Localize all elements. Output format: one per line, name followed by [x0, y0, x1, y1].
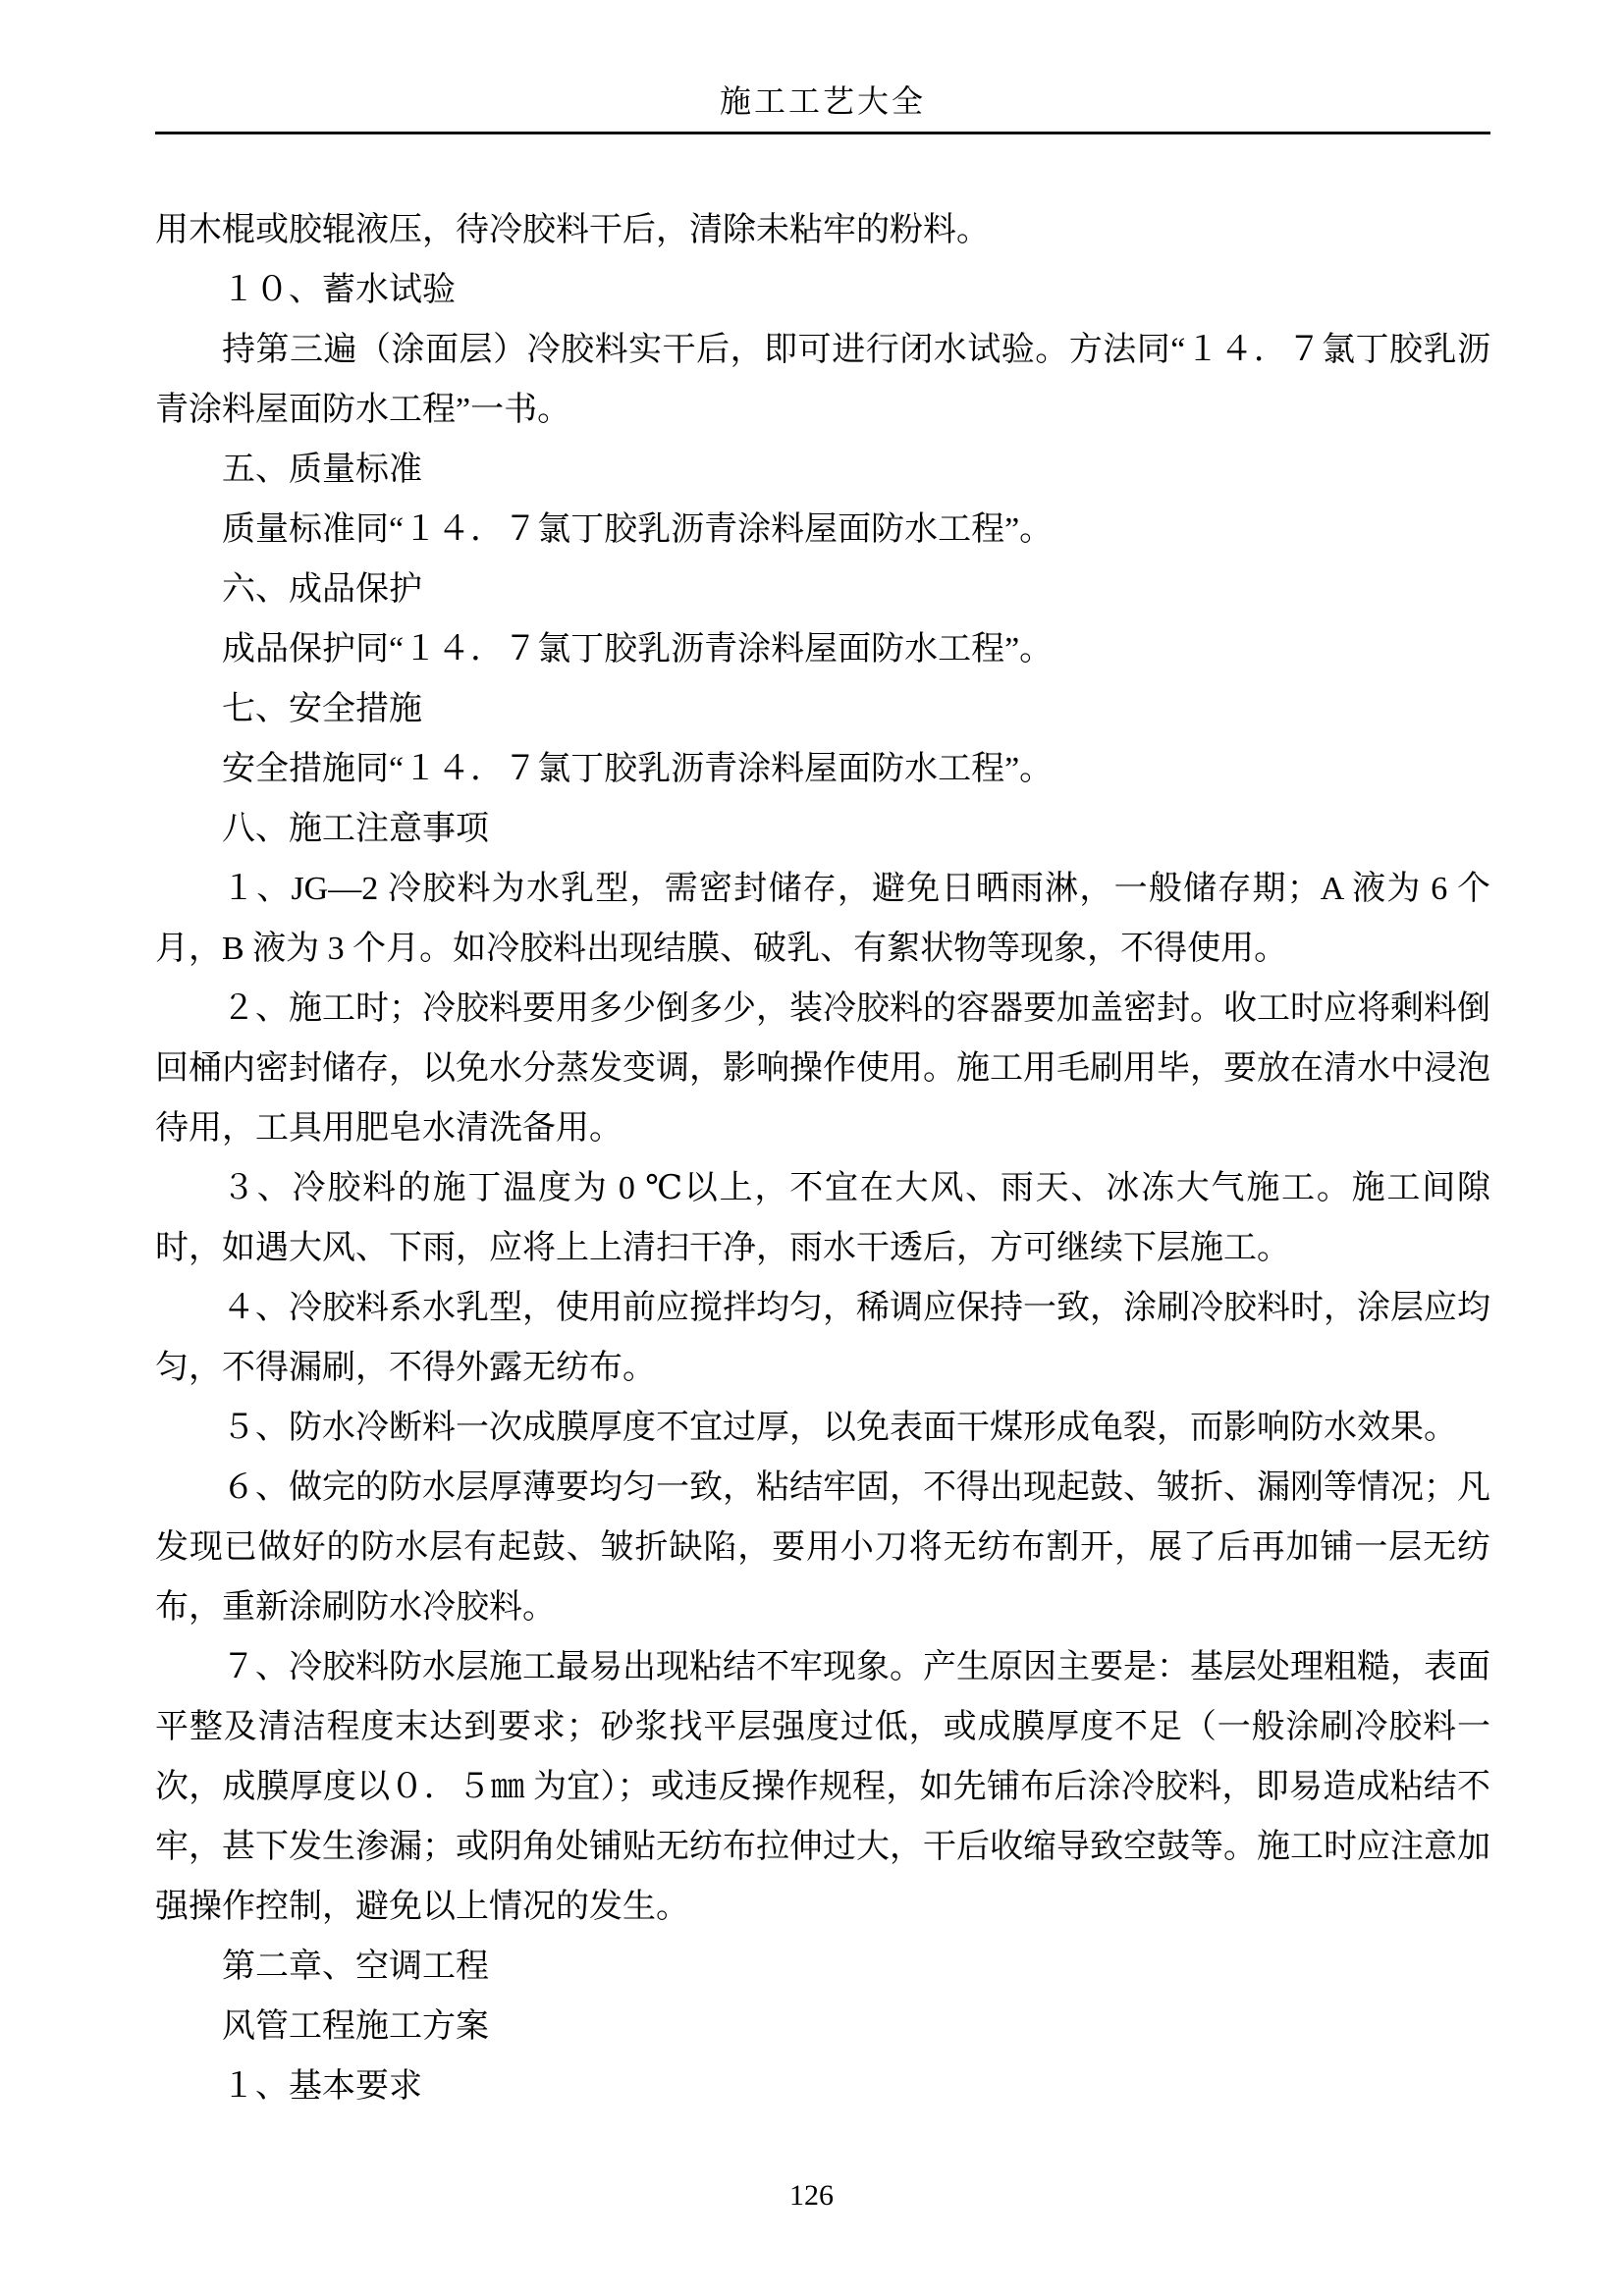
document-page: 施工工艺大全 用木棍或胶辊液压，待冷胶料干后，清除未粘牢的粉料。 １０、蓄水试验… — [0, 0, 1623, 2296]
heading-section-6-product-protection: 六、成品保护 — [155, 560, 1490, 619]
page-header: 施工工艺大全 — [155, 84, 1490, 134]
page-number: 126 — [789, 2179, 834, 2212]
heading-section-7-safety-measures: 七、安全措施 — [155, 679, 1490, 739]
heading-chapter-2-hvac: 第二章、空调工程 — [155, 1937, 1490, 1997]
para-section-5-body: 质量标准同“１４．７氯丁胶乳沥青涂料屋面防水工程”。 — [155, 500, 1490, 560]
para-intro-continuation: 用木棍或胶辊液压，待冷胶料干后，清除未粘牢的粉料。 — [155, 200, 1490, 260]
para-section-6-body: 成品保护同“１４．７氯丁胶乳沥青涂料屋面防水工程”。 — [155, 619, 1490, 679]
document-body: 用木棍或胶辊液压，待冷胶料干后，清除未粘牢的粉料。 １０、蓄水试验 持第三遍（涂… — [155, 200, 1490, 2116]
para-note-6: ６、做完的防水层厚薄要均匀一致，粘结牢固，不得出现起鼓、皱折、漏刚等情况；凡发现… — [155, 1458, 1490, 1637]
para-note-3: ３、冷胶料的施丁温度为 0 ℃以上，不宜在大风、雨天、冰冻大气施工。施工间隙时，… — [155, 1158, 1490, 1278]
para-note-4: ４、冷胶料系水乳型，使用前应搅拌均匀，稀调应保持一致，涂刷冷胶料时，涂层应均匀，… — [155, 1278, 1490, 1398]
heading-section-8-construction-notes: 八、施工注意事项 — [155, 799, 1490, 859]
page-title: 施工工艺大全 — [720, 83, 926, 119]
para-note-5: ５、防水冷断料一次成膜厚度不宜过厚，以免表面干煤形成龟裂，而影响防水效果。 — [155, 1398, 1490, 1458]
page-footer: 126 — [0, 2179, 1623, 2213]
para-note-7: ７、冷胶料防水层施工最易出现粘结不牢现象。产生原因主要是：基层处理粗糙，表面平整… — [155, 1637, 1490, 1937]
para-item-10-body: 持第三遍（涂面层）冷胶料实干后，即可进行闭水试验。方法同“１４．７氯丁胶乳沥青涂… — [155, 320, 1490, 440]
para-note-2: ２、施工时；冷胶料要用多少倒多少，装冷胶料的容器要加盖密封。收工时应将剩料倒回桶… — [155, 979, 1490, 1158]
heading-duct-construction-plan: 风管工程施工方案 — [155, 1997, 1490, 2056]
heading-basic-requirements: １、基本要求 — [155, 2056, 1490, 2116]
para-section-7-body: 安全措施同“１４．７氯丁胶乳沥青涂料屋面防水工程”。 — [155, 739, 1490, 799]
heading-item-10-water-test: １０、蓄水试验 — [155, 260, 1490, 320]
para-note-1: １、JG—2 冷胶料为水乳型，需密封储存，避免日晒雨淋，一般储存期；A 液为 6… — [155, 859, 1490, 979]
heading-section-5-quality-standard: 五、质量标准 — [155, 440, 1490, 500]
